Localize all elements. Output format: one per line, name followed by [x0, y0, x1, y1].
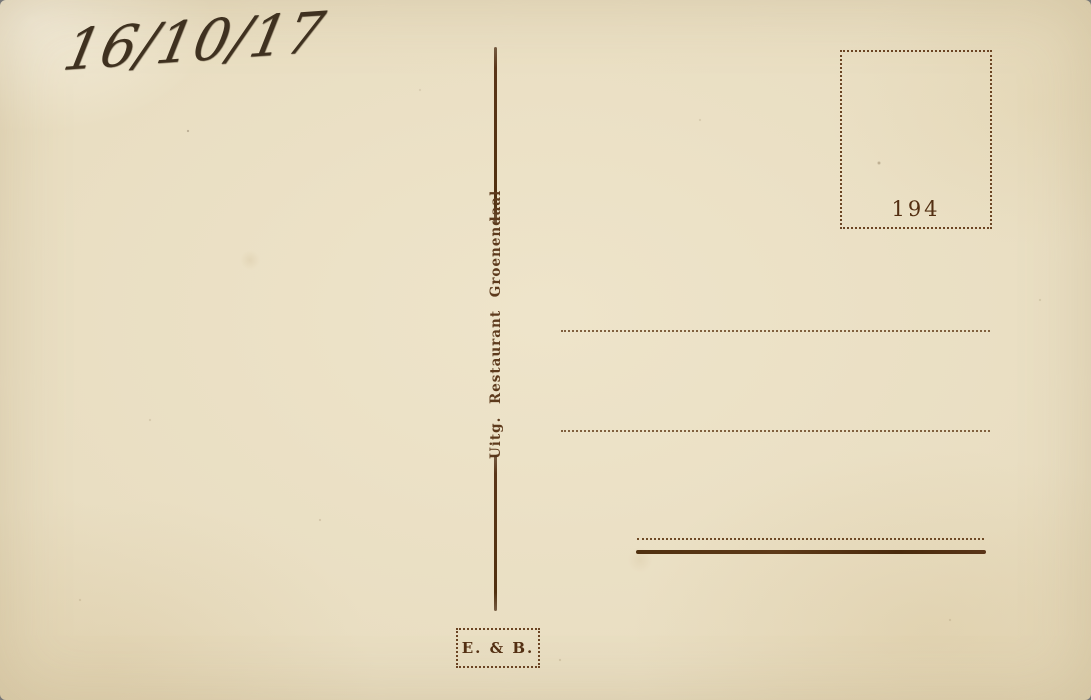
postcard-back: 16/10/17 Uitg. Restaurant Groenendaal 19…: [0, 0, 1091, 700]
address-line-2: [561, 430, 990, 432]
handwritten-date: 16/10/17: [58, 0, 331, 84]
printer-mark-box: E. & B.: [456, 628, 540, 668]
publisher-imprint: Uitg. Restaurant Groenendaal: [488, 225, 506, 459]
bottom-solid-line: [636, 550, 986, 554]
printer-mark: E. & B.: [462, 639, 535, 657]
center-divider-bottom: [494, 455, 497, 611]
stamp-box-number: 194: [891, 197, 940, 221]
address-line-1: [561, 330, 990, 332]
bottom-dotted-line: [637, 538, 984, 540]
stamp-box: 194: [840, 50, 992, 229]
